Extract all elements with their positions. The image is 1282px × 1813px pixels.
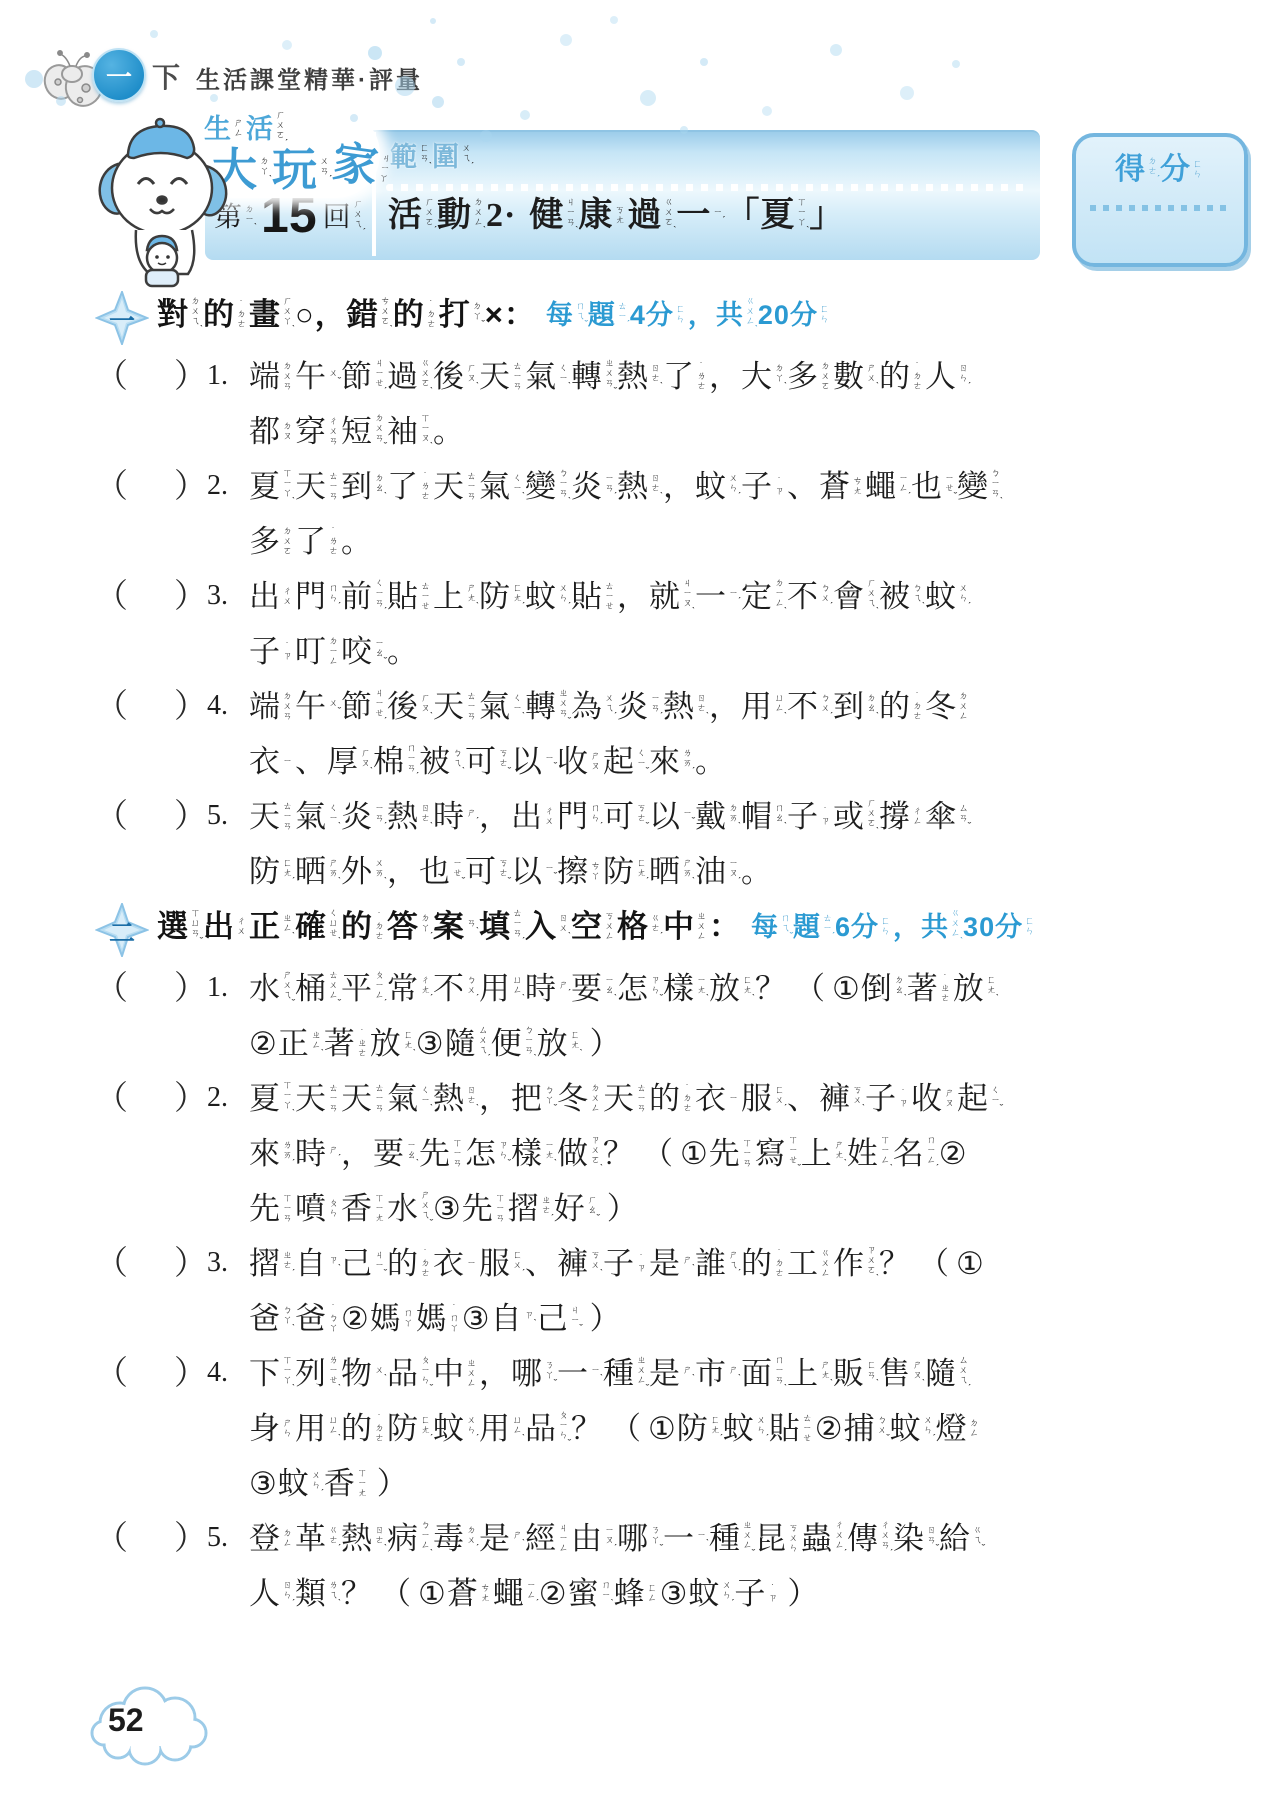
question-text: 夏ㄒㄧㄚˋ天ㄊㄧㄢ到ㄉㄠˋ了˙ㄌㄜ天ㄊㄧㄢ氣ㄑㄧˋ變ㄅㄧㄢˋ炎ㄧㄢˊ熱ㄖㄜˋ，蚊… <box>249 465 1003 509</box>
decor-dot <box>560 34 572 46</box>
ruby-token: ？ <box>571 1407 602 1451</box>
decor-dot <box>520 110 530 120</box>
section-star-icon: 二 <box>95 903 149 957</box>
ruby-token: 列ㄌㄧㄝˋ <box>295 1352 340 1396</box>
ruby-token: ， <box>893 908 920 946</box>
ruby-token: 案ㄢˋ <box>433 905 478 949</box>
question-text: 夏ㄒㄧㄚˋ天ㄊㄧㄢ天ㄊㄧㄢ氣ㄑㄧˋ熱ㄖㄜˋ，把ㄅㄚˇ冬ㄉㄨㄥ天ㄊㄧㄢ的˙ㄉㄜ衣ㄧ… <box>249 1077 1003 1121</box>
question-line: ②正ㄓㄥˋ著˙ㄓㄜ放ㄈㄤˋ③隨ㄙㄨㄟˊ便ㄅㄧㄢˋ放ㄈㄤˋ） <box>95 1022 1205 1077</box>
ruby-token: 動ㄉㄨㄥˋ <box>437 192 485 240</box>
ruby-token: 門ㄇㄣˊ <box>557 795 602 839</box>
ruby-token: 端ㄉㄨㄢ <box>249 355 294 399</box>
ruby-token: 水ㄕㄨㄟˇ <box>249 967 294 1011</box>
ruby-token: 下ㄒㄧㄚˋ <box>249 1352 294 1396</box>
ruby-token: 倒ㄉㄠˋ <box>861 967 906 1011</box>
ruby-token: 衣ㄧ <box>695 1077 740 1121</box>
ruby-token: 範ㄈㄢˋ <box>390 138 431 176</box>
ruby-token: 蚊ㄨㄣˊ <box>278 1462 323 1506</box>
ruby-token: 氣ㄑㄧˋ <box>525 355 570 399</box>
ruby-token: 活ㄏㄨㄛˊ <box>388 192 436 240</box>
ruby-token: 每ㄇㄟˇ <box>546 296 587 334</box>
score-box[interactable]: 得ㄉㄜˊ分ㄈㄣ <box>1072 133 1248 267</box>
ruby-token: 午ㄨˇ <box>295 685 340 729</box>
ruby-token: 上ㄕㄤˋ <box>787 1352 832 1396</box>
ruby-token: 要ㄧㄠˋ <box>571 967 616 1011</box>
ruby-token: 放ㄈㄤˋ <box>953 967 998 1011</box>
ruby-token: 放ㄈㄤˋ <box>370 1022 415 1066</box>
ruby-token: 。 <box>341 520 372 564</box>
ruby-token: 會ㄏㄨㄟˋ <box>833 575 878 619</box>
question-text: ③蚊ㄨㄣˊ香ㄒㄧㄤ） <box>249 1462 415 1506</box>
ruby-token: ？ <box>603 1132 634 1176</box>
ruby-token: ， <box>479 795 510 839</box>
decor-dot <box>430 18 436 24</box>
ruby-token: 家ㄐㄧㄚ <box>328 130 395 201</box>
ruby-token: 多ㄉㄨㄛ <box>787 355 832 399</box>
grade-badge-label: 一 <box>106 57 132 94</box>
ruby-token: 轉ㄓㄨㄢˇ <box>571 355 616 399</box>
question-number: 1. <box>207 967 249 1004</box>
question-text: 水ㄕㄨㄟˇ桶ㄊㄨㄥˇ平ㄆㄧㄥˊ常ㄔㄤˊ不ㄅㄨˊ用ㄩㄥˋ時ㄕˊ要ㄧㄠˋ怎ㄗㄣˇ樣ㄧ… <box>249 967 999 1011</box>
ruby-token: 6 <box>835 908 850 946</box>
ruby-token: 著˙ㄓㄜ <box>324 1022 369 1066</box>
ruby-token: 節ㄐㄧㄝˊ <box>341 355 386 399</box>
ruby-token: 病ㄅㄧㄥˋ <box>387 1517 432 1561</box>
ruby-token: 子˙ㄗ <box>734 1572 779 1616</box>
ruby-token: 噴ㄆㄣ <box>295 1187 340 1231</box>
ruby-token: 也ㄧㄝˇ <box>419 850 464 894</box>
ruby-token: 蚊ㄨㄣˊ <box>433 1407 478 1451</box>
ruby-token: 貼ㄊㄧㄝ <box>571 575 616 619</box>
ruby-token: ） <box>787 1572 818 1616</box>
ruby-token: 隨ㄙㄨㄟˊ <box>925 1352 970 1396</box>
ruby-token: 先ㄒㄧㄢ <box>249 1187 294 1231</box>
ruby-token: 分ㄈㄣ <box>646 296 687 334</box>
answer-blank[interactable]: （） <box>95 795 207 840</box>
ruby-token: 炎ㄧㄢˊ <box>571 465 616 509</box>
ruby-token: 以ㄧˇ <box>511 850 556 894</box>
question-line: （）4.下ㄒㄧㄚˋ列ㄌㄧㄝˋ物ㄨˋ品ㄆㄧㄣˇ中ㄓㄨㄥ，哪ㄋㄚˇ一ㄧˋ種ㄓㄨㄥˇ是… <box>95 1352 1205 1407</box>
ruby-token: 變ㄅㄧㄢˋ <box>525 465 570 509</box>
ruby-token: 熱ㄖㄜˋ <box>617 355 662 399</box>
ruby-token: 以ㄧˇ <box>511 740 556 784</box>
ruby-token: 」 <box>809 192 843 240</box>
ruby-token: 貼ㄊㄧㄝ <box>769 1407 814 1451</box>
decor-dot <box>700 58 708 66</box>
ruby-token: 來ㄌㄞˊ <box>249 1132 294 1176</box>
decor-dot <box>210 94 218 102</box>
ruby-token: 用ㄩㄥˋ <box>479 1407 524 1451</box>
answer-blank-close: ） <box>174 685 207 730</box>
question-line: 子˙ㄗ叮ㄉㄧㄥ咬ㄧㄠˇ。 <box>95 630 1205 685</box>
ruby-token: 衣ㄧ <box>249 740 294 784</box>
ruby-token: 一ㄧˋ <box>663 1517 708 1561</box>
ruby-token: （ <box>794 967 825 1011</box>
ruby-token: 炎ㄧㄢˊ <box>617 685 662 729</box>
ruby-token: 得ㄉㄜˊ <box>1115 149 1159 192</box>
ruby-token: 也ㄧㄝˇ <box>911 465 956 509</box>
ruby-token: × <box>485 293 503 337</box>
decor-dot <box>395 76 415 96</box>
ruby-token: 咬ㄧㄠˇ <box>341 630 386 674</box>
question-text: 端ㄉㄨㄢ午ㄨˇ節ㄐㄧㄝˊ後ㄏㄡˋ天ㄊㄧㄢ氣ㄑㄧˋ轉ㄓㄨㄢˇ為ㄨㄟˊ炎ㄧㄢˊ熱ㄖㄜ… <box>249 685 971 729</box>
ruby-token: 「 <box>725 192 759 240</box>
ruby-token: 防ㄈㄤˊ <box>677 1407 722 1451</box>
grade-suffix: 下 <box>152 56 180 96</box>
ruby-token: 炎ㄧㄢˊ <box>341 795 386 839</box>
ruby-token: 防ㄈㄤˊ <box>249 850 294 894</box>
question-line: （）2.夏ㄒㄧㄚˋ天ㄊㄧㄢ天ㄊㄧㄢ氣ㄑㄧˋ熱ㄖㄜˋ，把ㄅㄚˇ冬ㄉㄨㄥ天ㄊㄧㄢ的˙… <box>95 1077 1205 1132</box>
answer-blank[interactable]: （） <box>95 967 207 1012</box>
ruby-token: 貼ㄊㄧㄝ <box>387 575 432 619</box>
ruby-token: 穿ㄔㄨㄢ <box>295 410 340 454</box>
ruby-token: 子˙ㄗ <box>249 630 294 674</box>
decor-dot <box>952 60 960 68</box>
ruby-token: 厚ㄏㄡˋ <box>327 740 372 784</box>
ruby-token: 中ㄓㄨㄥ <box>433 1352 478 1396</box>
ruby-token: 蠅ㄧㄥˊ <box>493 1572 538 1616</box>
ruby-token: 著˙ㄓㄜ <box>907 967 952 1011</box>
question-line: （）1.水ㄕㄨㄟˇ桶ㄊㄨㄥˇ平ㄆㄧㄥˊ常ㄔㄤˊ不ㄅㄨˊ用ㄩㄥˋ時ㄕˊ要ㄧㄠˋ怎ㄗ… <box>95 967 1205 1022</box>
ruby-token: 共ㄍㄨㄥˋ <box>921 908 962 946</box>
answer-blank-close: ） <box>174 1517 207 1562</box>
series-title: 生活課堂精華·評量 <box>196 60 423 95</box>
ruby-token: 起ㄑㄧˇ <box>957 1077 1002 1121</box>
ruby-token: 把ㄅㄚˇ <box>511 1077 556 1121</box>
ruby-token: 姓ㄒㄧㄥˋ <box>847 1132 892 1176</box>
ruby-token: 分ㄈㄣ <box>851 908 892 946</box>
ruby-token: 氣ㄑㄧˋ <box>479 465 524 509</box>
ruby-token: 氣ㄑㄧˋ <box>479 685 524 729</box>
answer-blank-close: ） <box>174 465 207 510</box>
section-scoring: 每ㄇㄟˇ題ㄊㄧˊ4分ㄈㄣ，共ㄍㄨㄥˋ20分ㄈㄣ <box>546 296 832 334</box>
ruby-token: 染ㄖㄢˇ <box>893 1517 938 1561</box>
section-star-icon: 一 <box>95 291 149 345</box>
ruby-token: 防ㄈㄤˊ <box>387 1407 432 1451</box>
ruby-token: ， <box>709 355 740 399</box>
decor-dot <box>457 58 465 66</box>
answer-blank[interactable]: （） <box>95 465 207 510</box>
ruby-token: ③ <box>660 1572 688 1616</box>
answer-blank-open: （ <box>95 1242 128 1287</box>
ruby-token: 燈ㄉㄥ <box>936 1407 981 1451</box>
ruby-token: 定ㄉㄧㄥˋ <box>741 575 786 619</box>
question-text: 人ㄖㄣˊ類ㄌㄟˋ？（①蒼ㄘㄤ蠅ㄧㄥˊ②蜜ㄇㄧˋ蜂ㄈㄥ③蚊ㄨㄣˊ子˙ㄗ） <box>249 1572 825 1616</box>
decor-dot <box>282 40 292 50</box>
decor-dot <box>610 16 618 24</box>
ruby-token: 格ㄍㄜˊ <box>617 905 662 949</box>
ruby-token: ③ <box>416 1022 444 1066</box>
ruby-token: 傳ㄔㄨㄢˊ <box>847 1517 892 1561</box>
ruby-token: 。 <box>433 410 464 454</box>
grade-badge: 一 <box>92 48 146 102</box>
ruby-token: 好ㄏㄠˇ <box>554 1187 599 1231</box>
answer-blank[interactable]: （） <box>95 355 207 400</box>
answer-blank[interactable]: （） <box>95 1077 207 1122</box>
ruby-token: 一ㄧˋ <box>557 1352 602 1396</box>
scope-dotted-line[interactable] <box>386 184 1030 191</box>
ruby-token: ） <box>590 1297 621 1341</box>
ruby-token: 玩ㄨㄢˊ <box>272 138 331 202</box>
ruby-token: 、 <box>787 1077 818 1121</box>
ruby-token: ） <box>607 1187 638 1231</box>
ruby-token: 出ㄔㄨ <box>511 795 556 839</box>
ruby-token: 、 <box>787 465 818 509</box>
ruby-token: 子˙ㄗ <box>787 795 832 839</box>
answer-blank[interactable]: （） <box>95 685 207 730</box>
ruby-token: 蚊ㄨㄣˊ <box>695 465 740 509</box>
ruby-token: 被ㄅㄟˋ <box>879 575 924 619</box>
question-line: 衣ㄧ、厚ㄏㄡˋ棉ㄇㄧㄢˊ被ㄅㄟˋ可ㄎㄜˇ以ㄧˇ收ㄕㄡ起ㄑㄧˇ來ㄌㄞˊ。 <box>95 740 1205 795</box>
question-text: 防ㄈㄤˊ晒ㄕㄞˋ外ㄨㄞˋ，也ㄧㄝˇ可ㄎㄜˇ以ㄧˇ擦ㄘㄚ防ㄈㄤˊ晒ㄕㄞˋ油ㄧㄡˊ。 <box>249 850 773 894</box>
answer-blank-open: （ <box>95 1077 128 1122</box>
ruby-token: ○ <box>295 293 314 337</box>
ruby-token: ③ <box>433 1187 461 1231</box>
ruby-token: 袖ㄒㄧㄡˋ <box>387 410 432 454</box>
ruby-token: 健ㄐㄧㄢˋ <box>529 192 577 240</box>
question-line: 爸ㄅㄚˋ爸˙ㄅㄚ②媽ㄇㄚ媽˙ㄇㄚ③自ㄗˋ己ㄐㄧˇ） <box>95 1297 1205 1352</box>
ruby-token: 收ㄕㄡ <box>557 740 602 784</box>
ruby-token: （ <box>642 1132 673 1176</box>
question-text: 來ㄌㄞˊ時ㄕˊ，要ㄧㄠˋ先ㄒㄧㄢ怎ㄗㄣˇ樣ㄧㄤˋ做ㄗㄨㄛˋ？（①先ㄒㄧㄢ寫ㄒㄧㄝ… <box>249 1132 968 1176</box>
ruby-token: 己ㄐㄧˇ <box>537 1297 582 1341</box>
ruby-token: 桶ㄊㄨㄥˇ <box>295 967 340 1011</box>
ruby-token: 的˙ㄉㄜ <box>879 355 924 399</box>
ruby-token: 可ㄎㄜˇ <box>465 850 510 894</box>
question-text: 子˙ㄗ叮ㄉㄧㄥ咬ㄧㄠˇ。 <box>249 630 419 674</box>
ruby-token: 品ㄆㄧㄣˇ <box>525 1407 570 1451</box>
ruby-token: 爸˙ㄅㄚ <box>295 1297 340 1341</box>
question-text: ②正ㄓㄥˋ著˙ㄓㄜ放ㄈㄤˋ③隨ㄙㄨㄟˊ便ㄅㄧㄢˋ放ㄈㄤˋ） <box>249 1022 628 1066</box>
answer-blank[interactable]: （） <box>95 575 207 620</box>
ruby-token: 填ㄊㄧㄢˊ <box>479 905 524 949</box>
ruby-token: 擦ㄘㄚ <box>557 850 602 894</box>
ruby-token: 不ㄅㄨˊ <box>787 685 832 729</box>
ruby-token: 熱ㄖㄜˋ <box>617 465 662 509</box>
ruby-token: 是ㄕˋ <box>479 1517 524 1561</box>
answer-blank-open: （ <box>95 355 128 400</box>
ruby-token: ） <box>590 1022 621 1066</box>
ruby-token: 。 <box>741 850 772 894</box>
ruby-token: 節ㄐㄧㄝˊ <box>341 685 386 729</box>
ruby-token: 販ㄈㄢˋ <box>833 1352 878 1396</box>
ruby-token: ？ <box>341 1572 372 1616</box>
decor-dot <box>56 96 66 106</box>
ruby-token: 錯ㄘㄨㄛˋ <box>347 293 392 337</box>
ruby-token: 氣ㄑㄧˋ <box>387 1077 432 1121</box>
ruby-token: 子˙ㄗ <box>741 465 786 509</box>
ruby-token: 夏ㄒㄧㄚˋ <box>249 1077 294 1121</box>
answer-blank-open: （ <box>95 685 128 730</box>
section-header: 一對ㄉㄨㄟˋ的˙ㄉㄜ畫ㄏㄨㄚˋ○，錯ㄘㄨㄛˋ的˙ㄉㄜ打ㄉㄚˇ×：每ㄇㄟˇ題ㄊㄧˊ… <box>95 293 1205 355</box>
answer-blank-open: （ <box>95 967 128 1012</box>
ruby-token: 到ㄉㄠˋ <box>833 685 878 729</box>
answer-blank-open: （ <box>95 1352 128 1397</box>
question-line: 來ㄌㄞˊ時ㄕˊ，要ㄧㄠˋ先ㄒㄧㄢ怎ㄗㄣˇ樣ㄧㄤˋ做ㄗㄨㄛˋ？（①先ㄒㄧㄢ寫ㄒㄧㄝ… <box>95 1132 1205 1187</box>
ruby-token: 選ㄒㄩㄢˇ <box>157 905 202 949</box>
question-number: 4. <box>207 685 249 722</box>
ruby-token: 以ㄧˇ <box>649 795 694 839</box>
ruby-token: 品ㄆㄧㄣˇ <box>387 1352 432 1396</box>
ruby-token: 物ㄨˋ <box>341 1352 386 1396</box>
ruby-token: ， <box>315 293 346 337</box>
decor-dot <box>762 106 772 116</box>
answer-blank[interactable]: （） <box>95 1352 207 1397</box>
decor-dot <box>830 44 842 56</box>
question-text: 下ㄒㄧㄚˋ列ㄌㄧㄝˋ物ㄨˋ品ㄆㄧㄣˇ中ㄓㄨㄥ，哪ㄋㄚˇ一ㄧˋ種ㄓㄨㄥˇ是ㄕˋ市ㄕ… <box>249 1352 971 1396</box>
ruby-token: 人ㄖㄣˊ <box>925 355 970 399</box>
question-number: 2. <box>207 465 249 502</box>
ruby-token: 共ㄍㄨㄥˋ <box>716 296 757 334</box>
ruby-token: 了˙ㄌㄜ <box>387 465 432 509</box>
ruby-token: 的˙ㄉㄜ <box>393 293 438 337</box>
decor-dot <box>900 86 914 100</box>
ruby-token: 答ㄉㄚˊ <box>387 905 432 949</box>
ruby-token: 3 <box>963 908 978 946</box>
ruby-token: 的˙ㄉㄜ <box>741 1242 786 1286</box>
ruby-token: 每ㄇㄟˇ <box>751 908 792 946</box>
ruby-token: 晒ㄕㄞˋ <box>649 850 694 894</box>
ruby-token: 晒ㄕㄞˋ <box>295 850 340 894</box>
ruby-token: 畫ㄏㄨㄚˋ <box>249 293 294 337</box>
ruby-token: 0 <box>979 908 994 946</box>
ruby-token: 題ㄊㄧˊ <box>793 908 834 946</box>
ruby-token: · <box>504 192 515 240</box>
ruby-token: 種ㄓㄨㄥˇ <box>709 1517 754 1561</box>
ruby-token: 出ㄔㄨ <box>203 905 248 949</box>
ruby-token: 。 <box>695 740 726 784</box>
ruby-token: 的˙ㄉㄜ <box>203 293 248 337</box>
question-line: 先ㄒㄧㄢ噴ㄆㄣ香ㄒㄧㄤ水ㄕㄨㄟˇ③先ㄒㄧㄢ摺ㄓㄜˊ好ㄏㄠˇ） <box>95 1187 1205 1242</box>
question-line: （）3.出ㄔㄨ門ㄇㄣˊ前ㄑㄧㄢˊ貼ㄊㄧㄝ上ㄕㄤˋ防ㄈㄤˊ蚊ㄨㄣˊ貼ㄊㄧㄝ，就ㄐㄧ… <box>95 575 1205 630</box>
question-line: （）4.端ㄉㄨㄢ午ㄨˇ節ㄐㄧㄝˊ後ㄏㄡˋ天ㄊㄧㄢ氣ㄑㄧˋ轉ㄓㄨㄢˇ為ㄨㄟˊ炎ㄧㄢ… <box>95 685 1205 740</box>
ruby-token: 4 <box>630 296 645 334</box>
answer-blank-close: ） <box>174 795 207 840</box>
decor-dot <box>350 114 358 122</box>
question-line: （）1.端ㄉㄨㄢ午ㄨˇ節ㄐㄧㄝˊ過ㄍㄨㄛˋ後ㄏㄡˋ天ㄊㄧㄢ氣ㄑㄧˋ轉ㄓㄨㄢˇ熱ㄖ… <box>95 355 1205 410</box>
section-numeral: 二 <box>95 913 149 950</box>
ruby-token: 到ㄉㄠˋ <box>341 465 386 509</box>
ruby-token: 過ㄍㄨㄛˋ <box>387 355 432 399</box>
ruby-token: （ <box>610 1407 641 1451</box>
ruby-token: 子˙ㄗ <box>603 1242 648 1286</box>
ruby-token: ① <box>956 1242 984 1286</box>
section-heading: 對ㄉㄨㄟˋ的˙ㄉㄜ畫ㄏㄨㄚˋ○，錯ㄘㄨㄛˋ的˙ㄉㄜ打ㄉㄚˇ×： <box>157 293 536 337</box>
ruby-token: 棉ㄇㄧㄢˊ <box>373 740 418 784</box>
ruby-token: 蟲ㄔㄨㄥˊ <box>801 1517 846 1561</box>
question-text: 出ㄔㄨ門ㄇㄣˊ前ㄑㄧㄢˊ貼ㄊㄧㄝ上ㄕㄤˋ防ㄈㄤˊ蚊ㄨㄣˊ貼ㄊㄧㄝ，就ㄐㄧㄡˋ一ㄧ… <box>249 575 971 619</box>
ruby-token: 傘ㄙㄢˇ <box>925 795 970 839</box>
ruby-token: 分ㄈㄣ <box>790 296 831 334</box>
ruby-token: 蚊ㄨㄣˊ <box>925 575 970 619</box>
question-text: 摺ㄓㄜˊ自ㄗˋ己ㄐㄧˇ的˙ㄉㄜ衣ㄧ服ㄈㄨˊ、褲ㄎㄨˋ子˙ㄗ是ㄕˋ誰ㄕㄟˊ的˙ㄉㄜ… <box>249 1242 985 1286</box>
question-number: 3. <box>207 575 249 612</box>
ruby-token: 便ㄅㄧㄢˋ <box>491 1022 536 1066</box>
ruby-token: ， <box>387 850 418 894</box>
question-text: 多ㄉㄨㄛ了˙ㄌㄜ。 <box>249 520 373 564</box>
ruby-token: ① <box>648 1407 676 1451</box>
ruby-token: 回ㄏㄨㄟˊ <box>323 198 365 238</box>
ruby-token: 市ㄕˋ <box>695 1352 740 1396</box>
ruby-token: 康ㄎㄤ <box>578 192 626 240</box>
section-scoring: 每ㄇㄟˇ題ㄊㄧˊ6分ㄈㄣ，共ㄍㄨㄥˋ30分ㄈㄣ <box>751 908 1037 946</box>
question-text: 天ㄊㄧㄢ氣ㄑㄧˋ炎ㄧㄢˊ熱ㄖㄜˋ時ㄕˊ，出ㄔㄨ門ㄇㄣˊ可ㄎㄜˇ以ㄧˇ戴ㄉㄞˋ帽ㄇ… <box>249 795 971 839</box>
ruby-token: 的˙ㄉㄜ <box>649 1077 694 1121</box>
ruby-token: 帽ㄇㄠˋ <box>741 795 786 839</box>
ruby-token: ， <box>709 685 740 729</box>
ruby-token: 過ㄍㄨㄛˋ <box>627 192 675 240</box>
ruby-token: 熱ㄖㄜˋ <box>387 795 432 839</box>
answer-blank[interactable]: （） <box>95 1242 207 1287</box>
ruby-token: ： <box>504 293 535 337</box>
ruby-token: ？ <box>755 967 786 1011</box>
ruby-token: 天ㄊㄧㄢ <box>341 1077 386 1121</box>
ruby-token: 上ㄕㄤˋ <box>433 575 478 619</box>
ruby-token: 2 <box>486 192 503 240</box>
question-line: 都ㄉㄡ穿ㄔㄨㄢ短ㄉㄨㄢˇ袖ㄒㄧㄡˋ。 <box>95 410 1205 465</box>
question-line: 防ㄈㄤˊ晒ㄕㄞˋ外ㄨㄞˋ，也ㄧㄝˇ可ㄎㄜˇ以ㄧˇ擦ㄘㄚ防ㄈㄤˊ晒ㄕㄞˋ油ㄧㄡˊ。 <box>95 850 1205 905</box>
question-number: 4. <box>207 1352 249 1389</box>
ruby-token: 入ㄖㄨˋ <box>525 905 570 949</box>
score-label: 得ㄉㄜˊ分ㄈㄣ <box>1076 149 1244 192</box>
ruby-token: 大ㄉㄚˋ <box>741 355 786 399</box>
ruby-token: 放ㄈㄤˋ <box>537 1022 582 1066</box>
ruby-token: 作ㄗㄨㄛˋ <box>833 1242 878 1286</box>
ruby-token: 摺ㄓㄜˊ <box>249 1242 294 1286</box>
answer-blank[interactable]: （） <box>95 1517 207 1562</box>
ruby-token: 圍ㄨㄟˊ <box>432 138 473 176</box>
ruby-token: 一ㄧˊ <box>676 192 724 240</box>
ruby-token: 革ㄍㄜˊ <box>295 1517 340 1561</box>
ruby-token: 起ㄑㄧˇ <box>603 740 648 784</box>
ruby-token: 中ㄓㄨㄥ <box>663 905 708 949</box>
ruby-token: ② <box>249 1022 277 1066</box>
ruby-token: 題ㄊㄧˊ <box>588 296 629 334</box>
scope-label: 範ㄈㄢˋ圍ㄨㄟˊ <box>390 138 474 176</box>
ruby-token: 夏ㄒㄧㄚˋ <box>249 465 294 509</box>
question-line: （）5.天ㄊㄧㄢ氣ㄑㄧˋ炎ㄧㄢˊ熱ㄖㄜˋ時ㄕˊ，出ㄔㄨ門ㄇㄣˊ可ㄎㄜˇ以ㄧˇ戴ㄉ… <box>95 795 1205 850</box>
ruby-token: 先ㄒㄧㄢ <box>462 1187 507 1231</box>
ruby-token: 工ㄍㄨㄥ <box>787 1242 832 1286</box>
ruby-token: 媽˙ㄇㄚ <box>416 1297 461 1341</box>
question-number: 5. <box>207 1517 249 1554</box>
question-number: 1. <box>207 355 249 392</box>
ruby-token: 是ㄕˋ <box>649 1352 694 1396</box>
question-line: 身ㄕㄣ用ㄩㄥˋ的˙ㄉㄜ防ㄈㄤˊ蚊ㄨㄣˊ用ㄩㄥˋ品ㄆㄧㄣˇ？（①防ㄈㄤˊ蚊ㄨㄣˊ貼… <box>95 1407 1205 1462</box>
ruby-token: 可ㄎㄜˇ <box>603 795 648 839</box>
ruby-token: ？ <box>879 1242 910 1286</box>
decor-dot <box>25 70 43 88</box>
ruby-token: 前ㄑㄧㄢˊ <box>341 575 386 619</box>
answer-blank-open: （ <box>95 1517 128 1562</box>
ruby-token: 怎ㄗㄣˇ <box>465 1132 510 1176</box>
ruby-token: 都ㄉㄡ <box>249 410 294 454</box>
answer-blank-close: ） <box>174 1242 207 1287</box>
ruby-token: 服ㄈㄨˊ <box>479 1242 524 1286</box>
ruby-token: 怎ㄗㄣˇ <box>617 967 662 1011</box>
ruby-token: 2 <box>758 296 773 334</box>
ruby-token: 樣ㄧㄤˋ <box>511 1132 556 1176</box>
ruby-token: 香ㄒㄧㄤ <box>324 1462 369 1506</box>
ruby-token: 後ㄏㄡˋ <box>387 685 432 729</box>
score-dotted-line[interactable] <box>1090 205 1226 211</box>
question-text: 登ㄉㄥ革ㄍㄜˊ熱ㄖㄜˋ病ㄅㄧㄥˋ毒ㄉㄨˊ是ㄕˋ經ㄐㄧㄥ由ㄧㄡˊ哪ㄋㄚˇ一ㄧˋ種ㄓ… <box>249 1517 985 1561</box>
answer-blank-close: ） <box>174 355 207 400</box>
question-text: 衣ㄧ、厚ㄏㄡˋ棉ㄇㄧㄢˊ被ㄅㄟˋ可ㄎㄜˇ以ㄧˇ收ㄕㄡ起ㄑㄧˇ來ㄌㄞˊ。 <box>249 740 727 784</box>
ruby-token: 哪ㄋㄚˇ <box>617 1517 662 1561</box>
ruby-token: 分ㄈㄣ <box>995 908 1036 946</box>
ruby-token: 蒼ㄘㄤ <box>819 465 864 509</box>
